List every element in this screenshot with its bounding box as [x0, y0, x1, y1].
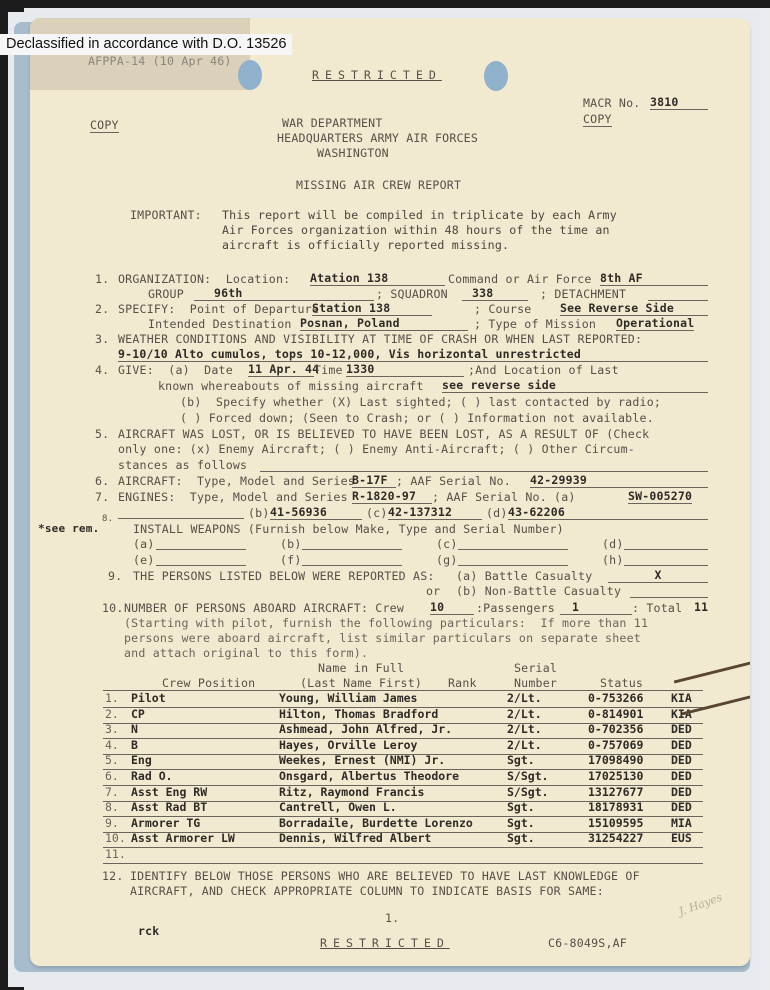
crew-status: EUS — [671, 831, 692, 845]
copy-label-right: COPY — [583, 112, 612, 127]
table-row: 9.Armorer TGBorradaile, Burdette Lorenzo… — [103, 816, 703, 833]
punch-hole-left — [238, 60, 262, 90]
crew-status: DED — [671, 785, 692, 799]
crew-position: B — [131, 738, 138, 752]
header-name-top: Name in Full — [318, 661, 404, 675]
battle-casualty-value: X — [608, 568, 708, 583]
crew-rank: S/Sgt. — [507, 769, 549, 783]
header-rank: Rank — [448, 676, 477, 690]
weapon-blank-e — [156, 565, 246, 566]
crew-name: Hayes, Orville Leroy — [279, 738, 417, 752]
crew-serial: 17098490 — [588, 753, 643, 767]
crew-status: MIA — [671, 816, 692, 830]
crew-serial: 15109595 — [588, 816, 643, 830]
crew-position: Asst Eng RW — [131, 785, 207, 799]
aircraft-label: AIRCRAFT: Type, Model and Series — [118, 474, 355, 488]
time-label: Time — [314, 363, 343, 377]
report-title: MISSING AIR CREW REPORT — [296, 178, 461, 192]
typist-initials: rck — [138, 924, 159, 938]
row-number: 3. — [105, 722, 119, 736]
crew-serial: 13127677 — [588, 785, 643, 799]
table-row: 6.Rad O.Onsgard, Albertus TheodoreS/Sgt.… — [103, 769, 703, 786]
classification-top: RESTRICTED — [312, 68, 442, 82]
weapon-blank-b — [302, 549, 402, 550]
important-label: IMPORTANT: — [130, 208, 202, 222]
detachment-label: ; DETACHMENT — [540, 287, 626, 301]
row-number: 5. — [105, 753, 119, 767]
paper-clip — [674, 656, 750, 716]
item1-label: ORGANIZATION: Location: — [118, 272, 290, 286]
crew-rank: Sgt. — [507, 831, 535, 845]
crew-name: Ashmead, John Alfred, Jr. — [279, 722, 452, 736]
crew-count: 10 — [430, 600, 474, 615]
item8-number: 8. — [102, 514, 113, 524]
crew-serial: 0-757069 — [588, 738, 643, 752]
row-number: 7. — [105, 785, 119, 799]
item3-label: WEATHER CONDITIONS AND VISIBILITY AT TIM… — [118, 332, 642, 346]
important-line1: This report will be compiled in triplica… — [222, 208, 617, 222]
item3-number: 3. — [95, 332, 109, 346]
item12-number: 12. — [102, 869, 124, 883]
crew-rank: Sgt. — [507, 800, 535, 814]
macr-label: MACR No. — [583, 96, 640, 110]
table-row: 7.Asst Eng RWRitz, Raymond FrancisS/Sgt.… — [103, 785, 703, 802]
whereabouts-label: known whereabouts of missing aircraft — [158, 379, 424, 393]
weapon-slot-h: (h) — [602, 553, 624, 567]
margin-note: *see rem. — [38, 522, 99, 535]
crew-position: Eng — [131, 753, 152, 767]
engine-serial-lead-line — [118, 518, 244, 519]
form-code: C6-8049S,AF — [548, 936, 627, 950]
crew-status: DED — [671, 738, 692, 752]
weapon-slot-b: (b) — [280, 537, 302, 551]
pencil-notation: J. Hayes — [677, 891, 724, 919]
crew-rank: 2/Lt. — [507, 691, 542, 705]
circumstances-blank — [260, 471, 708, 472]
engine-serial-a: SW-005270 — [628, 489, 692, 504]
item9-number: 9. — [108, 569, 122, 583]
form-id: AFPPA-14 (10 Apr 46) — [88, 54, 232, 68]
crew-status: DED — [671, 753, 692, 767]
last-location-label: ;And Location of Last — [468, 363, 619, 377]
total-count: 11 — [694, 600, 708, 614]
header-status: Status — [600, 676, 643, 690]
important-line3: aircraft is officially reported missing. — [222, 238, 509, 252]
crew-rank: Sgt. — [507, 816, 535, 830]
crew-status: DED — [671, 722, 692, 736]
weapons-label: INSTALL WEAPONS (Furnish below Make, Typ… — [133, 522, 564, 536]
aircraft-type-value: B-17F — [352, 473, 396, 488]
item12-line1: IDENTIFY BELOW THOSE PERSONS WHO ARE BEL… — [130, 869, 640, 883]
table-row: 10.Asst Armorer LWDennis, Wilfred Albert… — [103, 831, 703, 848]
important-line2: Air Forces organization within 48 hours … — [222, 223, 610, 237]
crew-name: Borradaile, Burdette Lorenzo — [279, 816, 473, 830]
course-value: See Reverse Side — [560, 301, 708, 316]
crew-position: CP — [131, 707, 145, 721]
aircraft-serial-label: ; AAF Serial No. — [396, 474, 511, 488]
crew-rank: 2/Lt. — [507, 707, 542, 721]
crew-name: Ritz, Raymond Francis — [279, 785, 424, 799]
row-number: 2. — [105, 707, 119, 721]
item1-number: 1. — [95, 272, 109, 286]
crew-serial: 0-753266 — [588, 691, 643, 705]
header-line3: WASHINGTON — [317, 146, 389, 160]
header-serial-bottom: Number — [514, 676, 557, 690]
weapon-blank-a — [156, 549, 246, 550]
item2-label: SPECIFY: Point of Departure — [118, 302, 319, 316]
row-number: 6. — [105, 769, 119, 783]
crew-position: Rad O. — [131, 769, 173, 783]
weather-value: 9-10/10 Alto cumulos, tops 10-12,000, Vi… — [118, 347, 708, 362]
macr-number: 3810 — [650, 95, 708, 110]
page-number: 1. — [385, 911, 399, 925]
row-number: 11. — [105, 847, 126, 861]
mission-label: ; Type of Mission — [474, 317, 596, 331]
engine-serial-c: 42-137312 — [388, 505, 482, 520]
departure-value: Station 138 — [312, 301, 432, 316]
crew-serial: 17025130 — [588, 769, 643, 783]
weapon-blank-g — [458, 565, 568, 566]
non-battle-casualty-blank — [630, 597, 708, 598]
crew-name: Dennis, Wilfred Albert — [279, 831, 431, 845]
document-page: AFPPA-14 (10 Apr 46) RESTRICTED COPY MAC… — [30, 18, 750, 966]
weapon-slot-c: (c) — [436, 537, 458, 551]
course-label: ; Course — [474, 302, 531, 316]
squadron-value: 338 — [462, 286, 528, 301]
crew-status: DED — [671, 800, 692, 814]
item4b-line2: ( ) Forced down; (Seen to Crash; or ( ) … — [180, 411, 654, 425]
squadron-label: ; SQUADRON — [376, 287, 448, 301]
item4b-line1: (b) Specify whether (X) Last sighted; ( … — [180, 395, 661, 409]
declassification-banner: Declassified in accordance with D.O. 135… — [0, 34, 292, 55]
weapon-slot-e: (e) — [133, 553, 155, 567]
item6-number: 6. — [95, 474, 109, 488]
crew-position: Asst Armorer LW — [131, 831, 235, 845]
header-line2: HEADQUARTERS ARMY AIR FORCES — [277, 131, 478, 145]
table-row: 2.CPHilton, Thomas Bradford2/Lt.0-814901… — [103, 707, 703, 724]
weapon-slot-f: (f) — [280, 553, 302, 567]
item5-number: 5. — [95, 427, 109, 441]
weapon-blank-h — [624, 565, 708, 566]
date-label: GIVE: (a) Date — [118, 363, 233, 377]
weapon-slot-g: (g) — [436, 553, 458, 567]
crew-rank: S/Sgt. — [507, 785, 549, 799]
aircraft-serial-value: 42-29939 — [530, 473, 708, 488]
group-label: GROUP — [148, 287, 184, 301]
total-label: : Total — [632, 601, 682, 615]
header-serial-top: Serial — [514, 661, 557, 675]
passengers-label: :Passengers — [476, 601, 555, 615]
time-value: 1330 — [346, 362, 464, 377]
crew-position: Asst Rad BT — [131, 800, 207, 814]
item5-line3: stances as follows — [118, 458, 247, 472]
crew-name: Onsgard, Albertus Theodore — [279, 769, 459, 783]
item5-line2: only one: (x) Enemy Aircraft; ( ) Enemy … — [118, 442, 635, 456]
engine-serial-d: 43-62206 — [508, 505, 708, 520]
table-row: 8.Asst Rad BTCantrell, Owen L.Sgt.181789… — [103, 800, 703, 817]
header-crew-position: Crew Position — [162, 676, 255, 690]
header-name-bottom: (Last Name First) — [300, 676, 422, 691]
copy-label-left: COPY — [90, 118, 119, 133]
crew-position: N — [131, 722, 138, 736]
crew-rank: 2/Lt. — [507, 738, 542, 752]
crew-rank: Sgt. — [507, 753, 535, 767]
item12-line2: AIRCRAFT, AND CHECK APPROPRIATE COLUMN T… — [130, 884, 604, 898]
weapon-slot-a: (a) — [133, 537, 155, 551]
engines-label: ENGINES: Type, Model and Series — [118, 490, 348, 504]
destination-label: Intended Destination — [148, 317, 292, 331]
table-row: 5.EngWeekes, Ernest (NMI) Jr.Sgt.1709849… — [103, 753, 703, 770]
crew-serial: 18178931 — [588, 800, 643, 814]
mission-value: Operational — [616, 316, 694, 331]
classification-bottom: RESTRICTED — [320, 936, 450, 950]
crew-rank: 2/Lt. — [507, 722, 542, 736]
command-value: 8th AF — [600, 271, 708, 286]
non-battle-casualty-label: (b) Non-Battle Casualty — [456, 584, 621, 598]
crew-serial: 31254227 — [588, 831, 643, 845]
item2-number: 2. — [95, 302, 109, 316]
row-number: 1. — [105, 691, 119, 705]
item5-line1: AIRCRAFT WAS LOST, OR IS BELIEVED TO HAV… — [118, 427, 649, 441]
table-row: 1.PilotYoung, William James2/Lt.0-753266… — [103, 691, 703, 708]
header-line1: WAR DEPARTMENT — [282, 116, 383, 130]
engine-serial-b: 41-56936 — [270, 505, 362, 520]
location-value: Atation 138 — [310, 271, 445, 286]
crew-name: Hilton, Thomas Bradford — [279, 707, 438, 721]
table-row: 11. — [103, 847, 703, 864]
persons-aboard-label: NUMBER OF PERSONS ABOARD AIRCRAFT: Crew — [124, 601, 404, 615]
row-number: 4. — [105, 738, 119, 752]
weapon-blank-d — [624, 549, 708, 550]
engine-type-value: R-1820-97 — [352, 489, 432, 504]
row-number: 10. — [105, 831, 126, 845]
persons-reported-label: THE PERSONS LISTED BELOW WERE REPORTED A… — [133, 569, 435, 583]
date-value: 11 Apr. 44 — [248, 362, 314, 377]
note-line1: (Starting with pilot, furnish the follow… — [124, 616, 648, 630]
photo-background-top — [0, 0, 770, 8]
crew-position: Pilot — [131, 691, 166, 705]
whereabouts-value: see reverse side — [442, 378, 708, 393]
or-label: or — [426, 584, 440, 598]
group-value: 96th — [194, 286, 374, 301]
passengers-count: 1 — [560, 600, 632, 615]
weapon-blank-f — [302, 565, 402, 566]
row-number: 9. — [105, 816, 119, 830]
weapon-slot-d: (d) — [602, 537, 624, 551]
note-line3: and attach original to this form). — [124, 646, 368, 660]
command-label: Command or Air Force — [448, 272, 592, 286]
crew-name: Young, William James — [279, 691, 417, 705]
crew-name: Cantrell, Owen L. — [279, 800, 397, 814]
crew-name: Weekes, Ernest (NMI) Jr. — [279, 753, 445, 767]
note-line2: persons were aboard aircraft, list simil… — [124, 631, 641, 645]
punch-hole-right — [484, 61, 508, 91]
table-row: 3.NAshmead, John Alfred, Jr.2/Lt.0-70235… — [103, 722, 703, 739]
crew-position: Armorer TG — [131, 816, 200, 830]
battle-casualty-label: (a) Battle Casualty — [456, 569, 592, 583]
item4-number: 4. — [95, 363, 109, 377]
engine-serial-label: ; AAF Serial No. (a) — [432, 490, 576, 504]
weapon-blank-c — [458, 549, 568, 550]
item10-number: 10. — [102, 601, 124, 615]
item7-number: 7. — [95, 490, 109, 504]
crew-serial: 0-814901 — [588, 707, 643, 721]
row-number: 8. — [105, 800, 119, 814]
crew-serial: 0-702356 — [588, 722, 643, 736]
table-row: 4.BHayes, Orville Leroy2/Lt.0-757069DED — [103, 738, 703, 755]
crew-status: DED — [671, 769, 692, 783]
destination-value: Posnan, Poland — [300, 316, 468, 331]
